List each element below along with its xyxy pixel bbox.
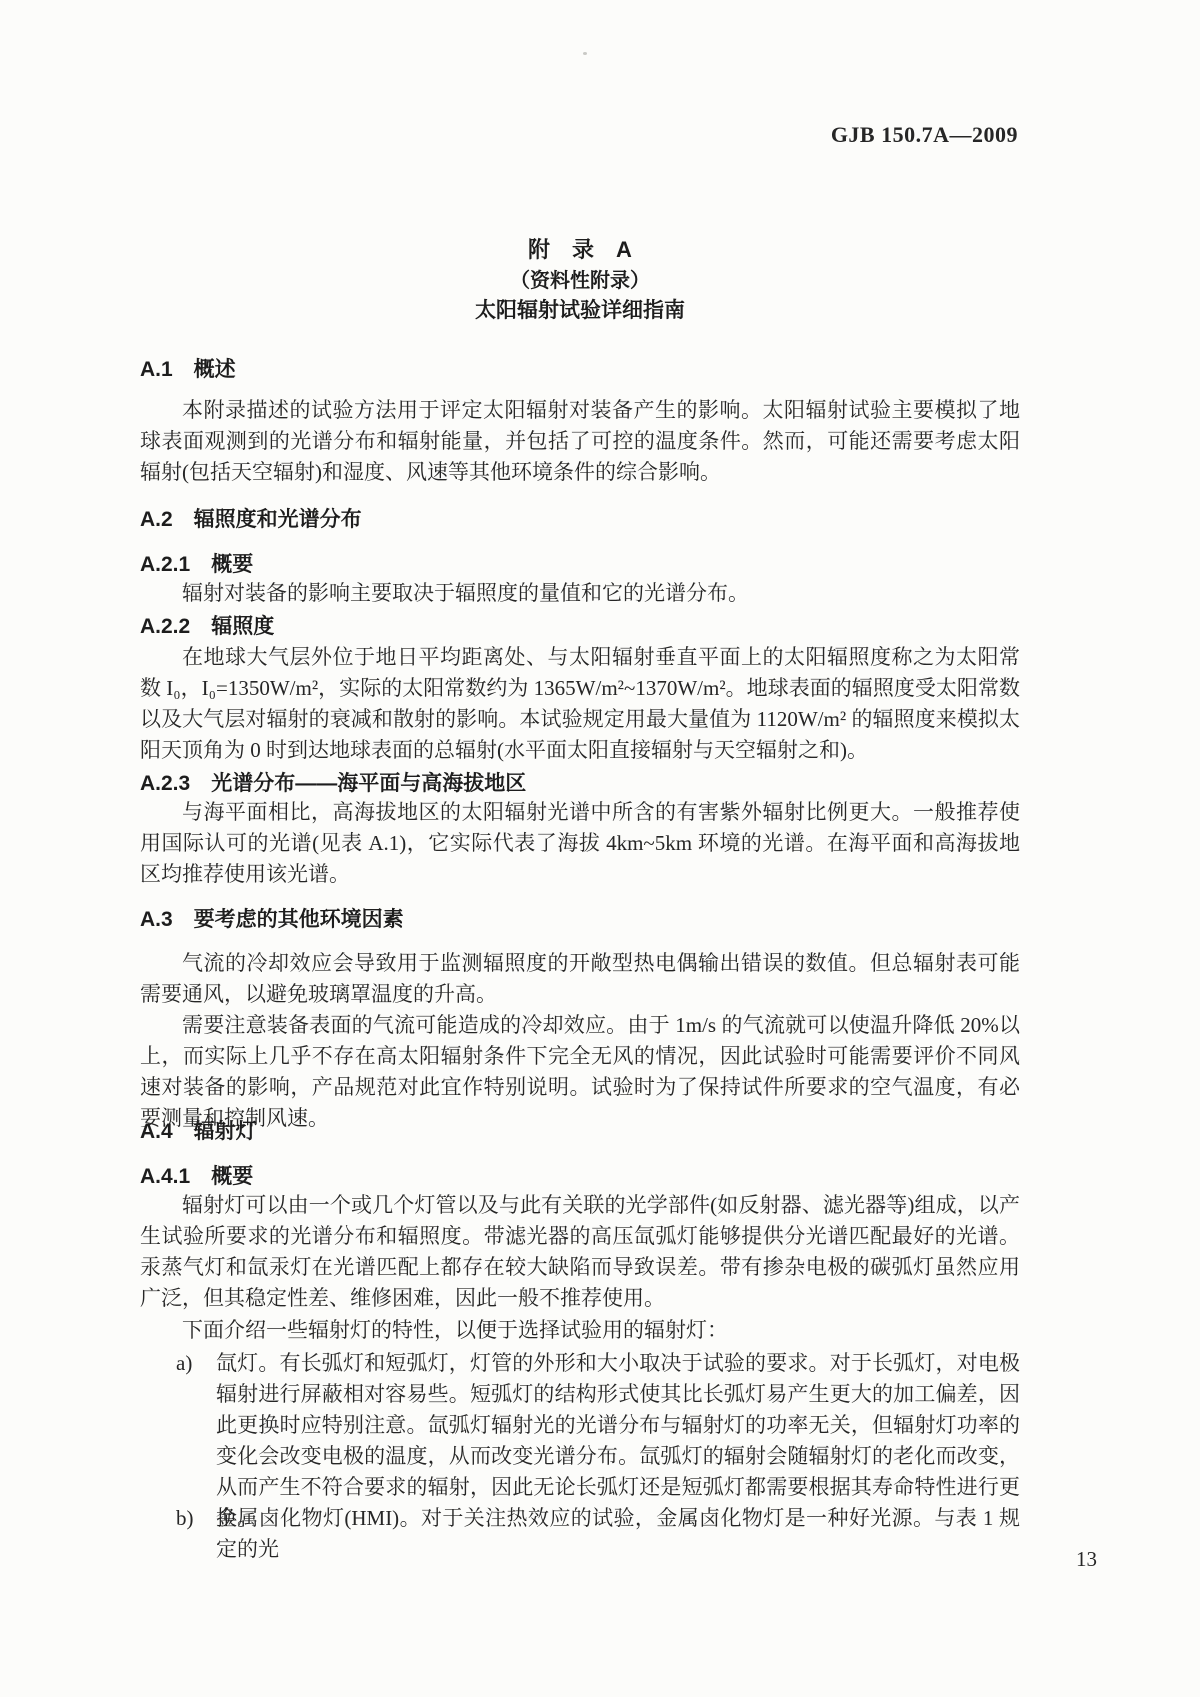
list-item-b-text: 金属卤化物灯(HMI)。对于关注热效应的试验，金属卤化物灯是一种好光源。与表 1… xyxy=(216,1506,1020,1561)
page-number: 13 xyxy=(1076,1547,1097,1572)
standard-code: GJB 150.7A—2009 xyxy=(831,122,1018,148)
section-heading-a22: A.2.2 辐照度 xyxy=(140,610,274,640)
paragraph-a41-intro: 下面介绍一些辐射灯的特性，以便于选择试验用的辐射灯： xyxy=(140,1315,1020,1346)
section-heading-a2: A.2 辐照度和光谱分布 xyxy=(140,503,362,533)
section-heading-a23: A.2.3 光谱分布——海平面与高海拔地区 xyxy=(140,767,526,797)
scan-artifact xyxy=(583,52,587,55)
paragraph-a21: 辐射对装备的影响主要取决于辐照度的量值和它的光谱分布。 xyxy=(140,578,1020,609)
appendix-title: 附 录 A xyxy=(140,233,1020,264)
paragraph-a3-1: 气流的冷却效应会导致用于监测辐照度的开敞型热电偶输出错误的数值。但总辐射表可能需… xyxy=(140,948,1020,1010)
list-item-b-marker: b) xyxy=(176,1503,212,1534)
section-heading-a3: A.3 要考虑的其他环境因素 xyxy=(140,903,404,933)
section-heading-a21: A.2.1 概要 xyxy=(140,548,253,578)
document-page: GJB 150.7A—2009 附 录 A （资料性附录） 太阳辐射试验详细指南… xyxy=(0,0,1200,1697)
paragraph-a41: 辐射灯可以由一个或几个灯管以及与此有关联的光学部件(如反射器、滤光器等)组成，以… xyxy=(140,1190,1020,1314)
paragraph-a1: 本附录描述的试验方法用于评定太阳辐射对装备产生的影响。太阳辐射试验主要模拟了地球… xyxy=(140,395,1020,488)
list-item-b: b) 金属卤化物灯(HMI)。对于关注热效应的试验，金属卤化物灯是一种好光源。与… xyxy=(176,1503,1020,1565)
section-heading-a41: A.4.1 概要 xyxy=(140,1160,253,1190)
paragraph-a23: 与海平面相比，高海拔地区的太阳辐射光谱中所含的有害紫外辐射比例更大。一般推荐使用… xyxy=(140,797,1020,890)
appendix-subtitle: （资料性附录） xyxy=(140,264,1020,293)
paragraph-a3-2: 需要注意装备表面的气流可能造成的冷却效应。由于 1m/s 的气流就可以使温升降低… xyxy=(140,1010,1020,1134)
paragraph-a22: 在地球大气层外位于地日平均距离处、与太阳辐射垂直平面上的太阳辐照度称之为太阳常数… xyxy=(140,642,1020,766)
section-heading-a4: A.4 辐射灯 xyxy=(140,1115,257,1145)
section-heading-a1: A.1 概述 xyxy=(140,353,236,383)
list-item-a-marker: a) xyxy=(176,1348,212,1379)
appendix-name: 太阳辐射试验详细指南 xyxy=(140,294,1020,324)
